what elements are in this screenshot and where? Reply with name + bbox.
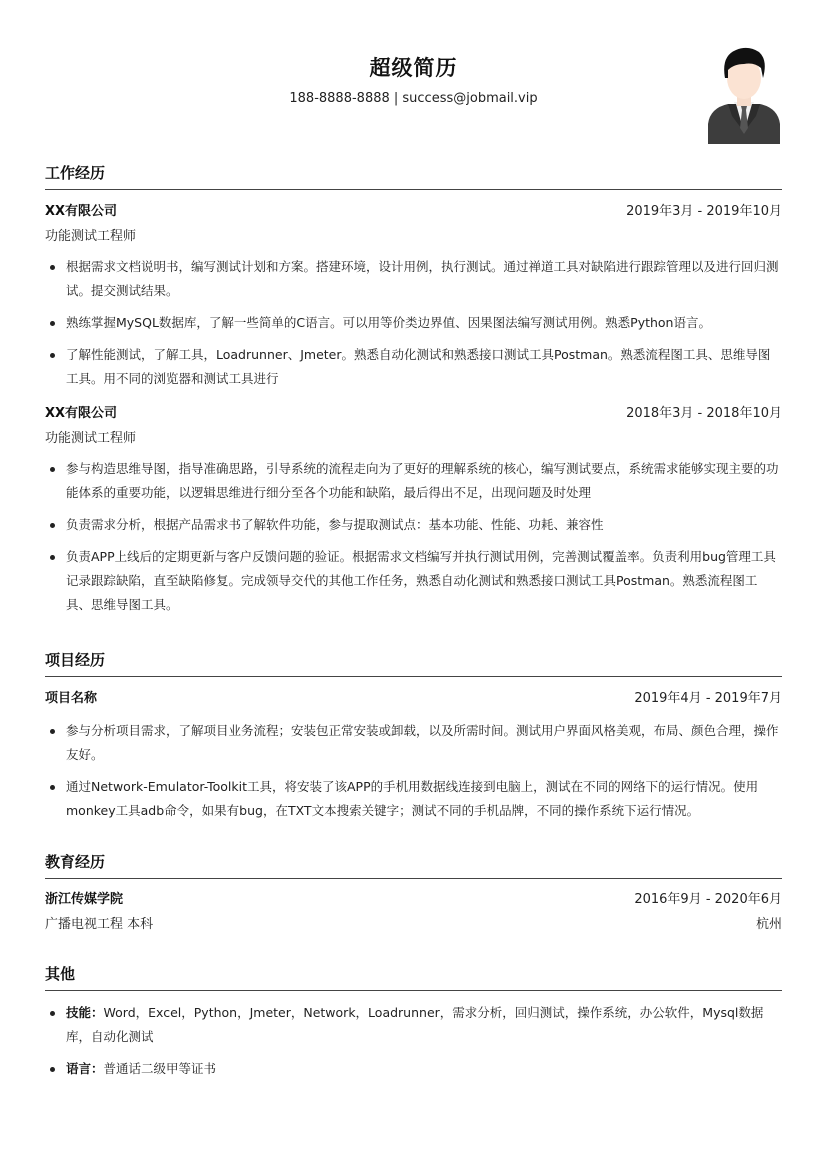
list-item: 通过Network-Emulator-Toolkit工具，将安装了该APP的手机… bbox=[45, 775, 782, 823]
contact-info: 188-8888-8888 | success@jobmail.vip bbox=[45, 91, 782, 106]
date-range: 2018年3月 - 2018年10月 bbox=[626, 402, 782, 426]
date-range: 2016年9月 - 2020年6月 bbox=[634, 888, 782, 912]
section-project-experience: 项目经历 项目名称 2019年4月 - 2019年7月 参与分析项目需求，了解项… bbox=[45, 648, 782, 831]
section-title: 其他 bbox=[45, 962, 782, 990]
section-other: 其他 技能：Word，Excel，Python，Jmeter，Network，L… bbox=[45, 962, 782, 1089]
section-title: 项目经历 bbox=[45, 648, 782, 676]
work-entry: XX有限公司 2019年3月 - 2019年10月 功能测试工程师 根据需求文档… bbox=[45, 200, 782, 391]
project-entry: 项目名称 2019年4月 - 2019年7月 参与分析项目需求，了解项目业务流程… bbox=[45, 687, 782, 823]
city: 杭州 bbox=[756, 912, 782, 938]
skills-label: 技能： bbox=[66, 1005, 104, 1020]
list-item: 熟练掌握MySQL数据库，了解一些简单的C语言。可以用等价类边界值、因果图法编写… bbox=[45, 311, 782, 335]
company-name: XX有限公司 bbox=[45, 200, 117, 224]
section-divider bbox=[45, 878, 782, 879]
list-item: 了解性能测试，了解工具，Loadrunner、Jmeter。熟悉自动化测试和熟悉… bbox=[45, 343, 782, 391]
section-divider bbox=[45, 990, 782, 991]
job-title: 功能测试工程师 bbox=[45, 426, 136, 452]
language-label: 语言： bbox=[66, 1061, 104, 1076]
section-divider bbox=[45, 189, 782, 190]
list-item: 参与构造思维导图，指导准确思路，引导系统的流程走向为了更好的理解系统的核心，编写… bbox=[45, 457, 782, 505]
work-entry: XX有限公司 2018年3月 - 2018年10月 功能测试工程师 参与构造思维… bbox=[45, 402, 782, 625]
major-degree: 广播电视工程 本科 bbox=[45, 912, 153, 938]
company-name: XX有限公司 bbox=[45, 402, 117, 426]
candidate-name: 超级简历 bbox=[45, 52, 782, 82]
section-work-experience: 工作经历 XX有限公司 2019年3月 - 2019年10月 功能测试工程师 根… bbox=[45, 161, 782, 399]
section-education: 教育经历 浙江传媒学院 2016年9月 - 2020年6月 广播电视工程 本科 … bbox=[45, 850, 782, 938]
date-range: 2019年3月 - 2019年10月 bbox=[626, 200, 782, 224]
list-item: 负责APP上线后的定期更新与客户反馈问题的验证。根据需求文档编写并执行测试用例，… bbox=[45, 545, 782, 617]
section-title: 工作经历 bbox=[45, 161, 782, 189]
resume-page: 超级简历 188-8888-8888 | success@jobmail.vip bbox=[0, 0, 826, 1169]
list-item: 负责需求分析，根据产品需求书了解软件功能，参与提取测试点：基本功能、性能、功耗、… bbox=[45, 513, 782, 537]
resume-header: 超级简历 188-8888-8888 | success@jobmail.vip bbox=[45, 52, 782, 152]
section-divider bbox=[45, 676, 782, 677]
section-title: 教育经历 bbox=[45, 850, 782, 878]
list-item: 根据需求文档说明书，编写测试计划和方案。搭建环境，设计用例，执行测试。通过禅道工… bbox=[45, 255, 782, 303]
education-entry: 浙江传媒学院 2016年9月 - 2020年6月 广播电视工程 本科 杭州 bbox=[45, 888, 782, 938]
skills-text: Word，Excel，Python，Jmeter，Network，Loadrun… bbox=[66, 1005, 763, 1044]
language-text: 普通话二级甲等证书 bbox=[104, 1061, 217, 1076]
date-range: 2019年4月 - 2019年7月 bbox=[634, 687, 782, 711]
language-item: 语言：普通话二级甲等证书 bbox=[45, 1057, 782, 1081]
list-item: 参与分析项目需求，了解项目业务流程；安装包正常安装或卸载，以及所需时间。测试用户… bbox=[45, 719, 782, 767]
person-avatar-icon bbox=[706, 44, 782, 144]
skills-item: 技能：Word，Excel，Python，Jmeter，Network，Load… bbox=[45, 1001, 782, 1049]
school-name: 浙江传媒学院 bbox=[45, 888, 123, 912]
project-name: 项目名称 bbox=[45, 687, 97, 711]
job-title: 功能测试工程师 bbox=[45, 224, 136, 250]
